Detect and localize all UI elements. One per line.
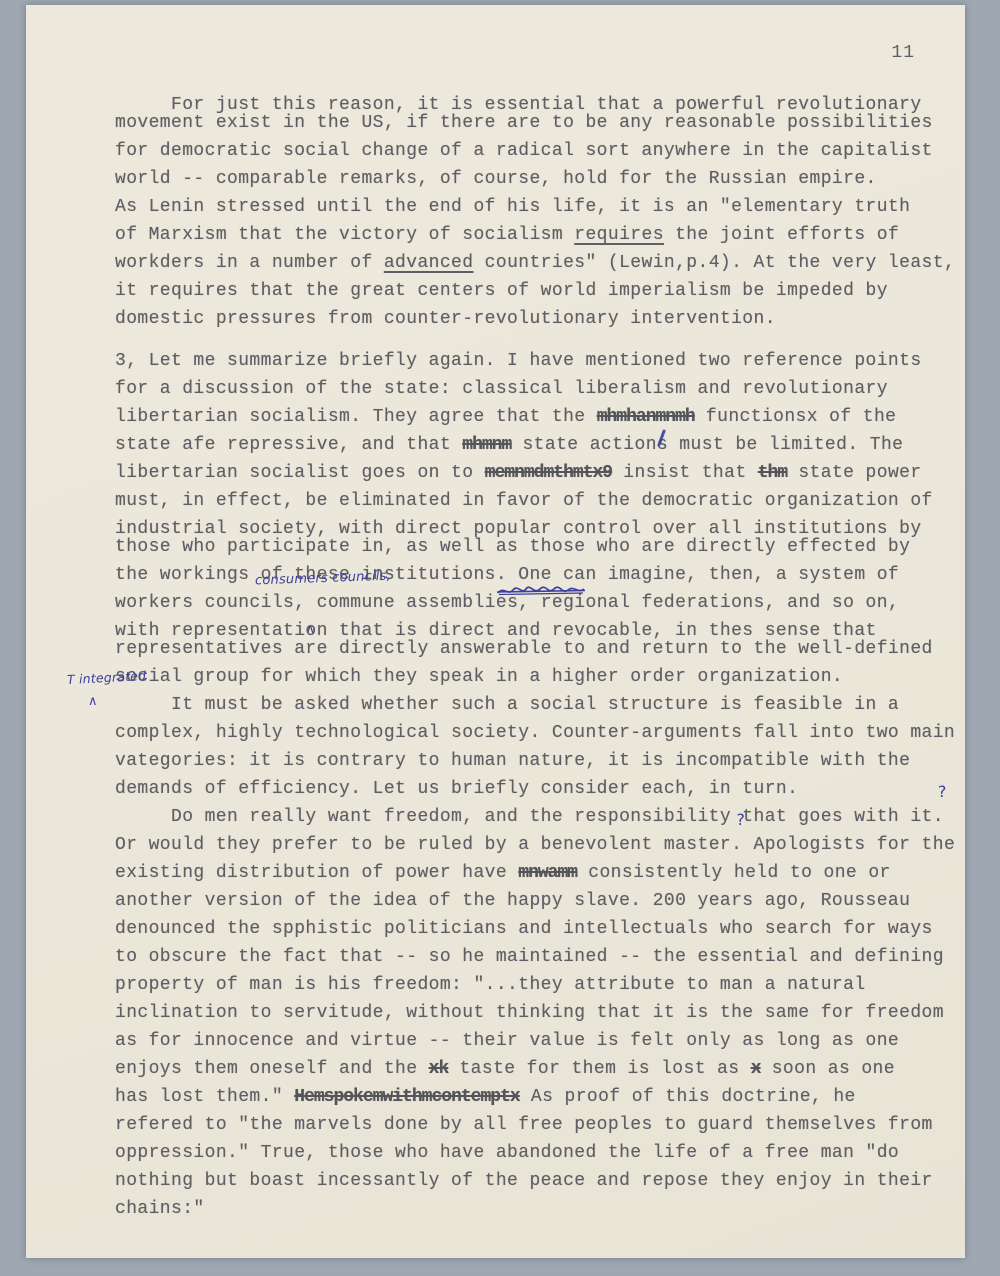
typed-text: Apologists for the [742, 835, 955, 855]
typed-text-block: For just this reason, it is essential th… [115, 91, 960, 1223]
typed-text: vategories: it is contrary to human natu… [115, 751, 910, 771]
scribbled-out-word [495, 580, 587, 594]
typed-line: for democratic social change of a radica… [115, 137, 960, 165]
typed-line: another version of the idea of the happy… [115, 887, 960, 915]
typed-text: property of man is his freedom: "...they… [115, 975, 866, 995]
typed-line: it requires that the great centers of wo… [115, 277, 960, 305]
typed-text: as for innocence and virtue -- their val… [115, 1031, 899, 1051]
typed-strikeout: Hemspokemwithmcontemptx [294, 1087, 519, 1107]
typed-text: the joint efforts of [664, 225, 899, 245]
typed-line: oppression." True, those who have abando… [115, 1139, 960, 1167]
typed-line: 3, Let me summarize briefly again. I hav… [115, 347, 960, 375]
typed-text: demands of efficiency. Let us briefly co… [115, 779, 798, 799]
typed-text: functionsx of the [695, 407, 897, 427]
typed-text: of Marxism that the victory of socialism [115, 225, 574, 245]
typed-line: for a discussion of the state: classical… [115, 375, 960, 403]
typed-line: refered to "the marvels done by all free… [115, 1111, 960, 1139]
typed-text: it requires that the great centers of wo… [115, 281, 888, 301]
typed-text: libertarian socialism. They agree that t… [115, 407, 597, 427]
typed-text: for a discussion of the state: classical… [115, 379, 888, 399]
typed-line: As Lenin stressed until the end of his l… [115, 193, 960, 221]
typed-text: refered to "the marvels done by all free… [115, 1115, 933, 1135]
typed-text: insist that [612, 463, 758, 483]
typed-text: As Lenin stressed until the end of his l… [115, 197, 910, 217]
typed-line: to obscure the fact that -- so he mainta… [115, 943, 960, 971]
typed-line: It must be asked whether such a social s… [115, 691, 960, 719]
typed-line: property of man is his freedom: "...they… [115, 971, 960, 999]
typed-text: workders in a number of [115, 253, 384, 273]
typed-line: movement exist in the US, if there are t… [115, 109, 960, 137]
handwritten-question-mark: ? [736, 806, 745, 834]
typed-line: existing distribution of power have mnwa… [115, 859, 960, 887]
typed-line: of Marxism that the victory of socialism… [115, 221, 960, 249]
typed-line: those who participate in, as well as tho… [115, 533, 960, 561]
typed-text: workers councils, [115, 593, 305, 613]
typed-text: complex, highly technological society. C… [115, 723, 955, 743]
typed-strikeout: xk [429, 1059, 449, 1079]
typed-text: 3, Let me summarize briefly again. I hav… [115, 351, 922, 371]
typed-line: representatives are directly answerable … [115, 635, 960, 663]
typed-text: existing distribution of power have [115, 863, 518, 883]
handwritten-insertion: consumers councils, [255, 563, 392, 596]
typed-line: workers councils,consumers councils,∧ co… [115, 589, 960, 617]
typed-line: has lost them." Hemspokemwithmcontemptx … [115, 1083, 960, 1111]
typed-text: Or would they prefer to be ruled by a be… [115, 835, 742, 855]
typed-strikeout: mhmnm [462, 435, 511, 455]
typed-text: to obscure the fact that -- so he mainta… [115, 947, 944, 967]
typed-text: those who participate in, as well as tho… [115, 537, 910, 557]
typed-strikeout: mnwamm [518, 863, 577, 883]
typed-line: enjoys them oneself and the xk taste for… [115, 1055, 960, 1083]
typed-line: complex, highly technological society. C… [115, 719, 960, 747]
typed-text: domestic pressures from counter-revoluti… [115, 309, 776, 329]
typed-line: denounced the spphistic politicians and … [115, 915, 960, 943]
typed-text: libertarian socialist goes on to [115, 463, 485, 483]
typed-line: domestic pressures from counter-revoluti… [115, 305, 960, 333]
typed-text: soon as one [761, 1059, 895, 1079]
typed-text: consistently held to one or [577, 863, 891, 883]
typed-strikeout: mhmhanmnmh [597, 407, 695, 427]
typed-line: T integrated∧social group for which they… [115, 663, 960, 691]
typed-line: state afe repressive, and that mhmnm sta… [115, 431, 960, 459]
typed-line: Or would they prefer to be ruled by a be… [115, 831, 960, 859]
typed-text: must, in effect, be eliminated in favor … [115, 491, 933, 511]
typed-line: libertarian socialism. They agree that t… [115, 403, 960, 431]
typed-line: vategories: it is contrary to human natu… [115, 747, 960, 775]
typed-text: chains:" [115, 1199, 205, 1219]
typed-text: countries" (Lewin,p.4). At the very leas… [473, 253, 955, 273]
typed-line: must, in effect, be eliminated in favor … [115, 487, 960, 515]
typed-line: inclination to servitude, without thinki… [115, 999, 960, 1027]
typed-text: inclination to servitude, without thinki… [115, 1003, 944, 1023]
caret-mark: ∧ [88, 688, 98, 716]
typed-line: workders in a number of advanced countri… [115, 249, 960, 277]
typed-text: representatives are directly answerable … [115, 639, 933, 659]
typed-text: another version of the idea of the happy… [115, 891, 910, 911]
typed-line: demands of efficiency. Let us briefly co… [115, 775, 960, 803]
typed-text: social group for which they speak in a h… [115, 667, 843, 687]
typed-text: enjoys them oneself and the [115, 1059, 429, 1079]
typed-line: world -- comparable remarks, of course, … [115, 165, 960, 193]
typed-text: oppression." True, those who have abando… [115, 1143, 899, 1163]
document-page: 11 For just this reason, it is essential… [26, 5, 965, 1258]
typed-text: regional federations, and so on, [541, 593, 899, 613]
typed-text: world -- comparable remarks, of course, … [115, 169, 877, 189]
typed-line: chains:" [115, 1195, 960, 1223]
handwritten-question-mark: ? [938, 778, 947, 806]
typed-text: nothing but boast incessantly of the pea… [115, 1171, 933, 1191]
typed-text: state action [511, 435, 657, 455]
typed-text: must be limited. The [668, 435, 903, 455]
underlined-word: advanced [384, 253, 474, 273]
typed-text: Do men really want freedom, and the resp… [171, 807, 944, 827]
page-background: { "page": { "number": "11" }, "colors": … [0, 0, 1000, 1276]
ink-deleted-character: s [657, 431, 668, 459]
typed-text: has lost them." [115, 1087, 294, 1107]
typed-line: libertarian socialist goes on to memnmdm… [115, 459, 960, 487]
margin-note: T integrated [66, 662, 147, 694]
typed-strikeout: memnmdmthmtx9 [485, 463, 612, 483]
underlined-word: requires [574, 225, 664, 245]
typed-text: state afe repressive, and that [115, 435, 462, 455]
typed-line: Do men really want freedom, and the resp… [115, 803, 960, 831]
page-number: 11 [891, 43, 915, 63]
typed-strikeout: x [751, 1059, 761, 1079]
typed-text: state power [787, 463, 921, 483]
typed-text: movement exist in the US, if there are t… [115, 113, 933, 133]
typed-strikeout: thm [758, 463, 787, 483]
typed-text: It must be asked whether such a social s… [171, 695, 899, 715]
typed-line: as for innocence and virtue -- their val… [115, 1027, 960, 1055]
typed-text: denounced the spphistic politicians and … [115, 919, 933, 939]
typed-text: taste for them is lost as [448, 1059, 750, 1079]
typed-line: nothing but boast incessantly of the pea… [115, 1167, 960, 1195]
typed-text: As proof of this doctrine, he [520, 1087, 856, 1107]
typed-text: for democratic social change of a radica… [115, 141, 933, 161]
